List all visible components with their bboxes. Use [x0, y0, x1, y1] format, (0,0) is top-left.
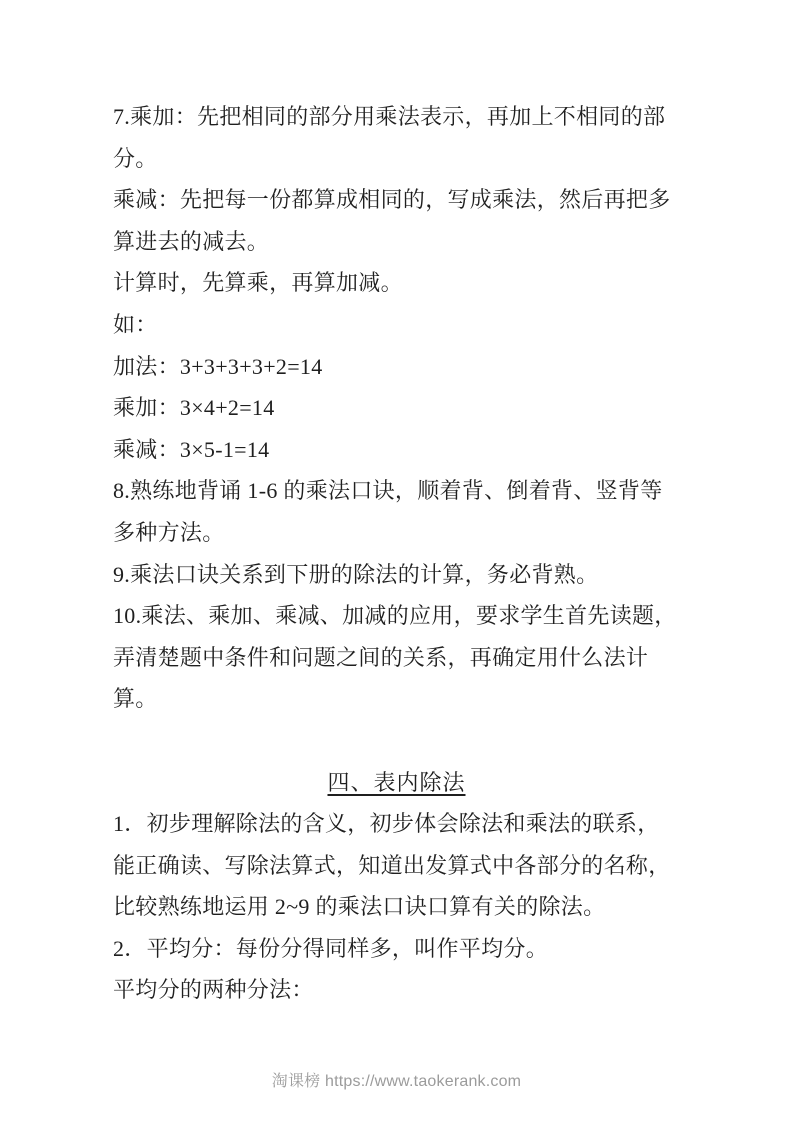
- text-line: 计算时，先算乘，再算加减。: [113, 262, 680, 304]
- text-line: 1．初步理解除法的含义，初步体会除法和乘法的联系，: [113, 803, 680, 845]
- text-line: 多种方法。: [113, 512, 680, 554]
- document-body: 7.乘加：先把相同的部分用乘法表示，再加上不相同的部 分。 乘减：先把每一份都算…: [113, 96, 680, 1011]
- document-page: 7.乘加：先把相同的部分用乘法表示，再加上不相同的部 分。 乘减：先把每一份都算…: [0, 0, 793, 1122]
- text-line: 9.乘法口诀关系到下册的除法的计算，务必背熟。: [113, 554, 680, 596]
- text-line: 弄清楚题中条件和问题之间的关系，再确定用什么法计: [113, 637, 680, 679]
- text-line: 算进去的减去。: [113, 221, 680, 263]
- section-heading: 四、表内除法: [113, 762, 680, 804]
- text-line: 分。: [113, 138, 680, 180]
- text-line: 7.乘加：先把相同的部分用乘法表示，再加上不相同的部: [113, 96, 680, 138]
- text-line: 平均分的两种分法：: [113, 969, 680, 1011]
- equation-line: 乘加：3×4+2=14: [113, 387, 680, 429]
- text-line: 10.乘法、乘加、乘减、加减的应用，要求学生首先读题，: [113, 595, 680, 637]
- footer-watermark: 淘课榜 https://www.taokerank.com: [0, 1068, 793, 1091]
- text-line: 算。: [113, 678, 680, 720]
- text-line: 如：: [113, 304, 680, 346]
- equation-line: 乘减：3×5-1=14: [113, 429, 680, 471]
- section-heading-text: 四、表内除法: [327, 770, 465, 795]
- text-line: 乘减：先把每一份都算成相同的，写成乘法，然后再把多: [113, 179, 680, 221]
- text-line: 比较熟练地运用 2~9 的乘法口诀口算有关的除法。: [113, 886, 680, 928]
- text-line: 能正确读、写除法算式，知道出发算式中各部分的名称，: [113, 845, 680, 887]
- equation-line: 加法：3+3+3+3+2=14: [113, 346, 680, 388]
- text-line: 8.熟练地背诵 1-6 的乘法口诀，顺着背、倒着背、竖背等: [113, 470, 680, 512]
- blank-line: [113, 720, 680, 762]
- text-line: 2．平均分：每份分得同样多，叫作平均分。: [113, 928, 680, 970]
